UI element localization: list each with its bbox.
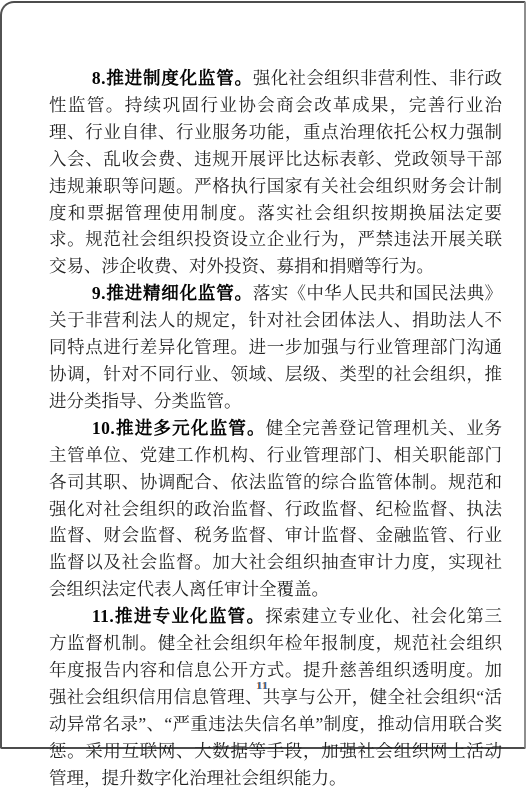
paragraph-11: 11.推进专业化监管。探索建立专业化、社会化第三方监督机制。健全社会组织年检年报… [49, 603, 502, 752]
paragraph-9-heading: 9.推进精细化监管。 [92, 283, 253, 303]
paragraph-8: 8.推进制度化监管。强化社会组织非营利性、非行政性监管。持续巩固行业协会商会改革… [49, 65, 502, 280]
paragraph-8-body: 强化社会组织非营利性、非行政性监管。持续巩固行业协会商会改革成果，完善行业治理、… [49, 68, 502, 276]
paragraph-10-body: 健全完善登记管理机关、业务主管单位、党建工作机构、行业管理部门、相关职能部门各司… [49, 418, 502, 599]
paragraph-8-heading: 8.推进制度化监管。 [92, 68, 253, 88]
page-number: 11 [2, 681, 524, 692]
paragraph-11-heading: 11.推进专业化监管。 [92, 606, 265, 626]
paragraph-10-heading: 10.推进多元化监管。 [92, 418, 266, 438]
paragraph-10: 10.推进多元化监管。健全完善登记管理机关、业务主管单位、党建工作机构、行业管理… [49, 415, 502, 603]
paragraph-11-body: 探索建立专业化、社会化第三方监督机制。健全社会组织年检年报制度，规范社会组织年度… [49, 606, 502, 752]
document-page: 8.推进制度化监管。强化社会组织非营利性、非行政性监管。持续巩固行业协会商会改革… [0, 1, 526, 749]
document-text-block: 8.推进制度化监管。强化社会组织非营利性、非行政性监管。持续巩固行业协会商会改革… [49, 65, 502, 752]
paragraph-9: 9.推进精细化监管。落实《中华人民共和国民法典》关于非营利法人的规定，针对社会团… [49, 280, 502, 415]
